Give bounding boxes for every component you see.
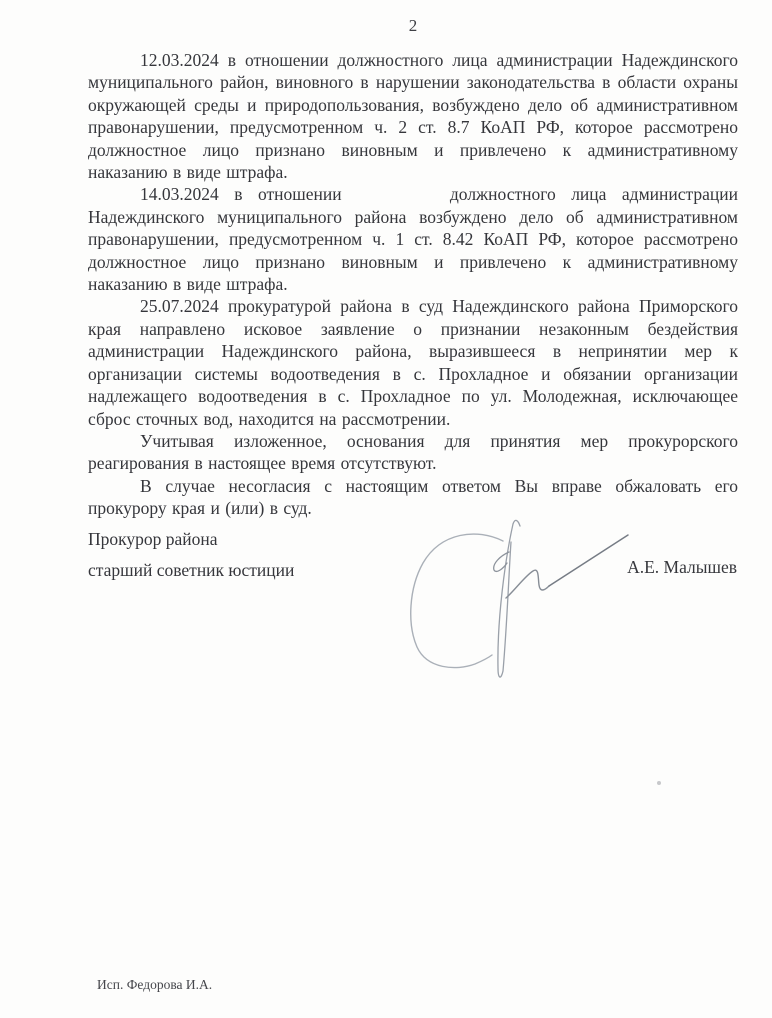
paragraph-violation-12-03: 12.03.2024 в отношении должностного лица… [88,49,738,183]
executor-note: Исп. Федорова И.А. [97,977,212,993]
page-number: 2 [88,16,738,36]
handwritten-signature-icon [403,508,635,696]
paragraph-violation-14-03: 14.03.2024 в отношении должностного лица… [88,183,738,295]
paragraph-conclusion: Учитывая изложенное, основания для приня… [88,430,738,475]
document-body: 12.03.2024 в отношении должностного лица… [88,49,738,520]
document-page: 2 12.03.2024 в отношении должностного ли… [0,0,772,1018]
scan-speck [657,781,661,785]
signer-name: А.Е. Малышев [627,557,737,578]
paragraph-lawsuit-25-07: 25.07.2024 прокуратурой района в суд Над… [88,295,738,429]
